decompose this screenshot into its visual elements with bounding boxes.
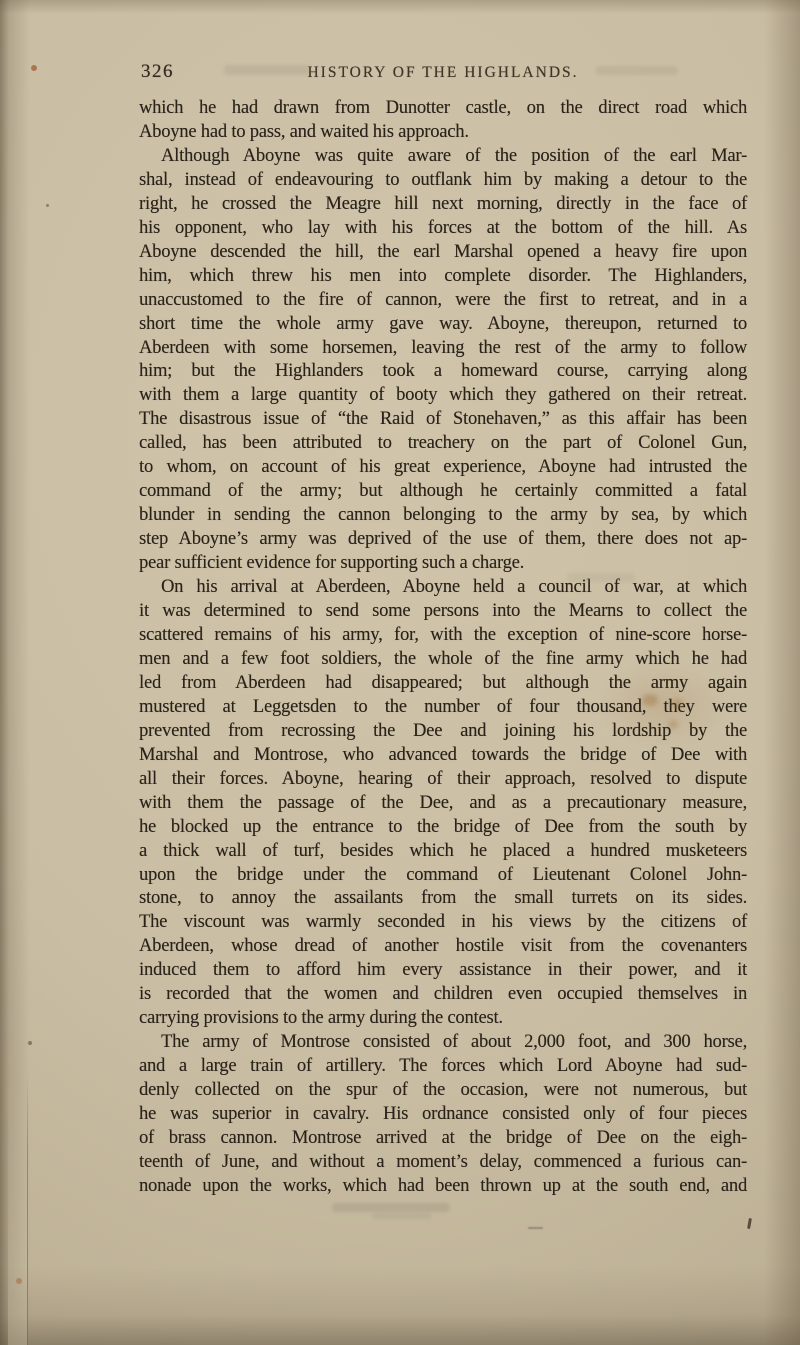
text-line: denly collected on the spur of the occas… [139, 1079, 747, 1103]
text-line: called, has been attributed to treachery… [139, 432, 747, 456]
paragraph: Although Aboyne was quite aware of the p… [139, 145, 747, 576]
text-line: teenth of June, and without a moment’s d… [139, 1151, 747, 1175]
show-through-ghost [332, 1203, 450, 1212]
rust-stain [642, 694, 658, 706]
text-line: is recorded that the women and children … [139, 983, 747, 1007]
text-line: command of the army; but although he cer… [139, 480, 747, 504]
paragraph: which he had drawn from Dunotter castle,… [139, 97, 747, 145]
text-line: he blocked up the entrance to the bridge… [139, 816, 747, 840]
text-line: Marshal and Montrose, who advanced towar… [139, 744, 747, 768]
rust-stain [672, 699, 683, 708]
text-line: and a large train of artillery. The forc… [139, 1055, 747, 1079]
page-body-text: which he had drawn from Dunotter castle,… [139, 97, 747, 1199]
text-line: upon the bridge under the command of Lie… [139, 864, 747, 888]
text-line: men and a few foot soldiers, the whole o… [139, 648, 747, 672]
text-line: induced them to afford him every assista… [139, 959, 747, 983]
text-line: which he had drawn from Dunotter castle,… [139, 97, 747, 121]
text-line: with them a large quantity of booty whic… [139, 384, 747, 408]
book-page: 326 HISTORY OF THE HIGHLANDS. which he h… [0, 0, 800, 1345]
text-line: it was determined to send some persons i… [139, 600, 747, 624]
text-line: Although Aboyne was quite aware of the p… [139, 145, 747, 169]
rust-stain [31, 65, 37, 71]
text-line: The disastrous issue of “the Raid of Sto… [139, 408, 747, 432]
show-through-ghost [224, 65, 310, 75]
text-line: right, he crossed the Meagre hill next m… [139, 193, 747, 217]
paragraph: On his arrival at Aberdeen, Aboyne held … [139, 576, 747, 1031]
text-line: carrying provisions to the army during t… [139, 1007, 747, 1031]
rust-stain [668, 720, 678, 729]
text-line: The viscount was warmly seconded in his … [139, 911, 747, 935]
text-line: short time the whole army gave way. Aboy… [139, 313, 747, 337]
show-through-ghost [372, 1213, 432, 1219]
text-line: to whom, on account of his great experie… [139, 456, 747, 480]
paragraph: The army of Montrose consisted of about … [139, 1031, 747, 1199]
text-line: him; but the Highlanders took a homeward… [139, 360, 747, 384]
page-edge [27, 1075, 28, 1345]
text-line: step Aboyne’s army was deprived of the u… [139, 528, 747, 552]
text-line: shal, instead of endeavouring to outflan… [139, 169, 747, 193]
text-line: pear sufficient evidence for supporting … [139, 552, 747, 576]
text-line: Aboyne had to pass, and waited his appro… [139, 121, 747, 145]
text-line: with them the passage of the Dee, and as… [139, 792, 747, 816]
text-line: stone, to annoy the assailants from the … [139, 887, 747, 911]
text-line: On his arrival at Aberdeen, Aboyne held … [139, 576, 747, 600]
text-line: a thick wall of turf, besides which he p… [139, 840, 747, 864]
text-line: all their forces. Aboyne, hearing of the… [139, 768, 747, 792]
text-line: him, which threw his men into complete d… [139, 265, 747, 289]
text-line: his opponent, who lay with his forces at… [139, 217, 747, 241]
text-line: Aboyne descended the hill, the earl Mars… [139, 241, 747, 265]
text-line: nonade upon the works, which had been th… [139, 1175, 747, 1199]
show-through-ghost [567, 573, 635, 582]
ink-speck [46, 204, 49, 207]
text-line: Aberdeen, whose dread of another hostile… [139, 935, 747, 959]
text-line: led from Aberdeen had disappeared; but a… [139, 672, 747, 696]
text-line: scattered remains of his army, for, with… [139, 624, 747, 648]
page-edge [8, 1075, 27, 1345]
text-line: Aberdeen with some horsemen, leaving the… [139, 337, 747, 361]
ink-fleck [747, 1218, 752, 1229]
text-line: prevented from recrossing the Dee and jo… [139, 720, 747, 744]
text-line: The army of Montrose consisted of about … [139, 1031, 747, 1055]
text-line: unaccustomed to the fire of cannon, were… [139, 289, 747, 313]
ink-speck [28, 1041, 32, 1045]
text-line: he was superior in cavalry. His ordnance… [139, 1103, 747, 1127]
text-line: of brass cannon. Montrose arrived at the… [139, 1127, 747, 1151]
pencil-mark [528, 1227, 543, 1229]
show-through-ghost [596, 66, 678, 75]
text-line: blunder in sending the cannon belonging … [139, 504, 747, 528]
